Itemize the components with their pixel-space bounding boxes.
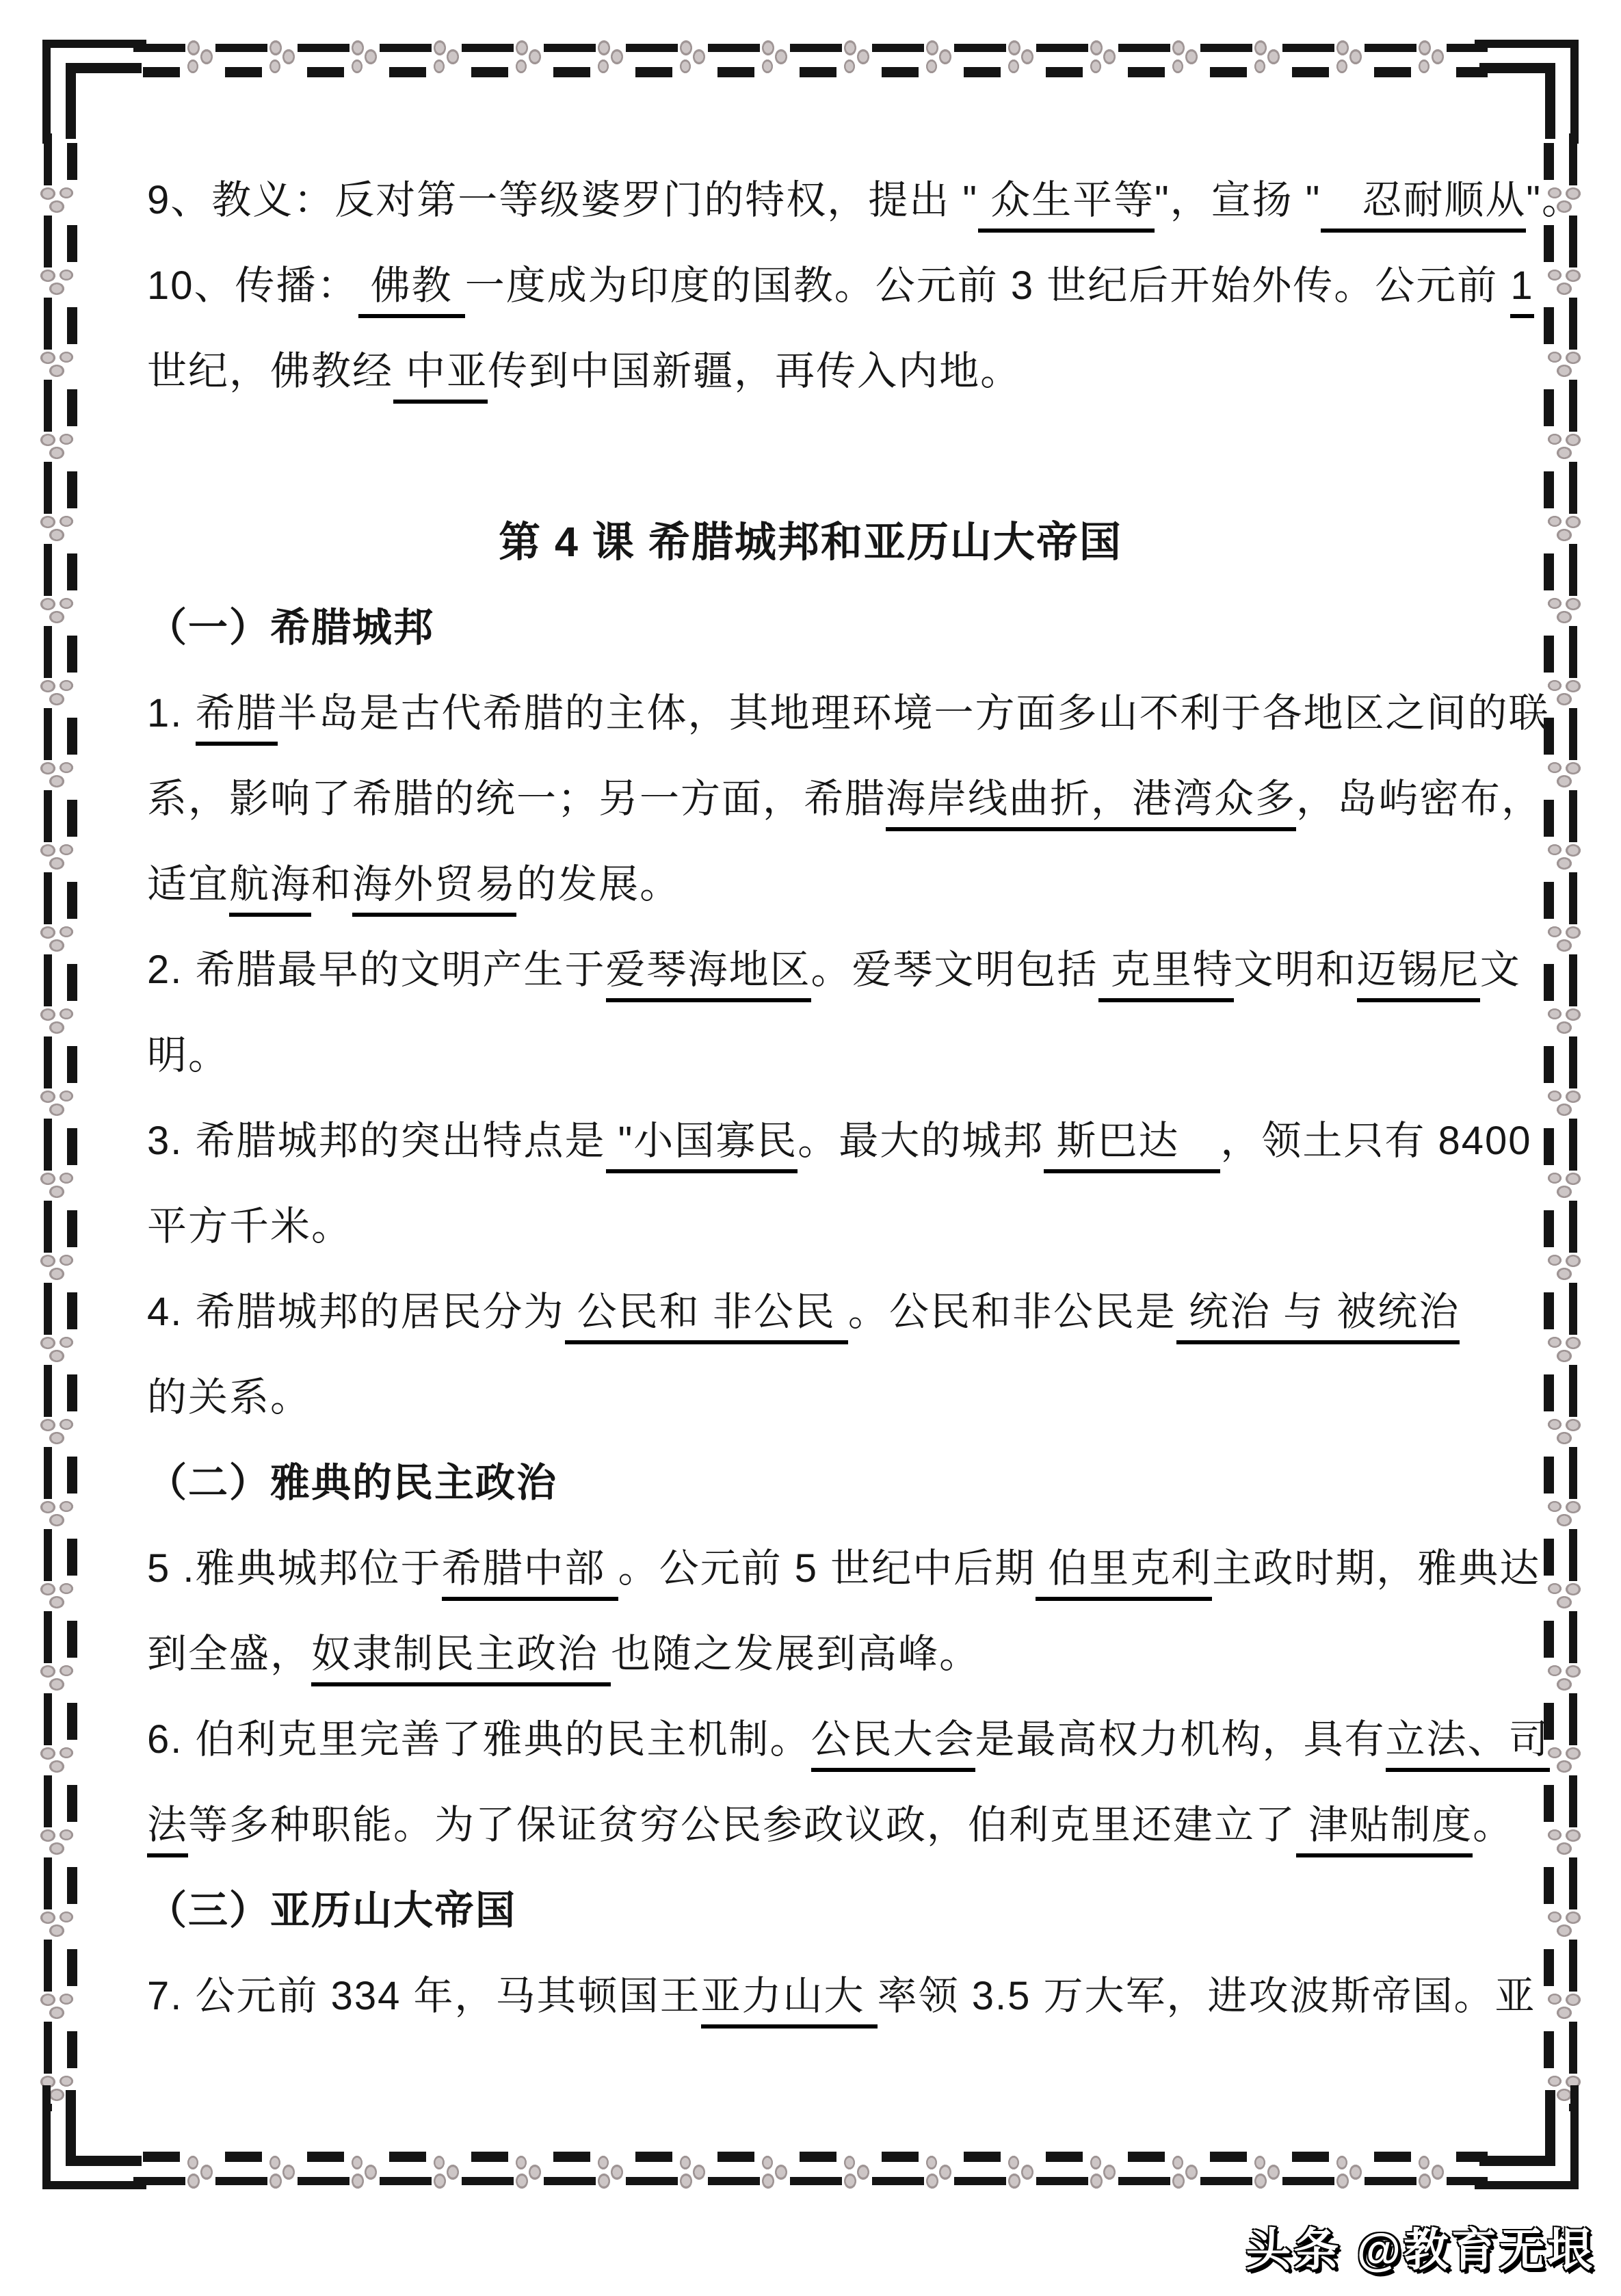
text-segment: ，领土只有 8400 [1220,1119,1531,1163]
document-line: 5 .雅典城邦位于希腊中部 。公元前 5 世纪中后期 伯里克利主政时期，雅典达 [147,1526,1474,1611]
underlined-answer: 海外贸易 [352,862,516,917]
text-segment: 。公元前 5 世纪中后期 [618,1546,1036,1591]
border-corner-bottom-left-inner [66,2090,142,2166]
border-corner-bottom-right-inner [1479,2090,1555,2166]
border-bottom [133,2147,1488,2189]
document-line: 6. 伯利克里完善了雅典的民主机制。公民大会是最高权力机构，具有立法、司 [147,1697,1474,1782]
section-heading: （一）希腊城邦 [147,585,1474,670]
text-segment: "。 [1526,178,1583,222]
border-corner-top-left-inner [66,63,142,139]
border-corner-top-right [1475,40,1579,144]
text-segment: 。爱琴文明包括 [811,948,1098,992]
document-line: 4. 希腊城邦的居民分为 公民和 非公民 。公民和非公民是 统治 与 被统治 [147,1269,1474,1355]
text-segment: 。 [1473,1803,1514,1847]
underlined-answer: 希腊中部 [442,1546,618,1601]
text-segment: 第 4 课 希腊城邦和亚历山大帝国 [499,519,1122,565]
document-line: 适宜航海和海外贸易的发展。 [147,842,1474,927]
text-segment: （二）雅典的民主政治 [147,1461,557,1505]
text-segment: 文明和 [1234,948,1357,992]
text-segment: 系，影响了希腊的统一；另一方面，希腊 [147,777,886,821]
text-segment: 平方千米。 [147,1204,352,1249]
underlined-answer: 立法、司 [1386,1717,1550,1772]
underlined-answer: 津贴制度 [1296,1803,1473,1857]
underlined-answer: 公民大会 [811,1717,975,1772]
document-line: 到全盛，奴隶制民主政治 也随之发展到高峰。 [147,1611,1474,1697]
border-corner-top-left [42,40,146,144]
text-segment: 主政时期，雅典达 [1212,1546,1540,1591]
text-segment: 2. 希腊最早的文明产生于 [147,948,606,992]
text-segment: 传到中国新疆，再传入内地。 [488,349,1021,393]
underlined-answer: 伯里克利 [1036,1546,1212,1601]
document-line: 10、传播： 佛教 一度成为印度的国教。公元前 3 世纪后开始外传。公元前 1 [147,243,1474,328]
document-line: 平方千米。 [147,1184,1474,1269]
document-line: 3. 希腊城邦的突出特点是 "小国寡民。最大的城邦 斯巴达 ，领土只有 8400 [147,1098,1474,1184]
text-segment: 。最大的城邦 [798,1119,1044,1163]
text-segment: 的关系。 [147,1375,311,1420]
text-segment: 文 [1480,948,1521,992]
underlined-answer: 爱琴海地区 [606,948,811,1002]
border-left [40,133,82,2111]
blank-line [147,414,1474,499]
text-segment: 7. 公元前 334 年，马其顿国王 [147,1974,701,2018]
text-segment: 是最高权力机构，具有 [975,1717,1386,1762]
text-segment: "，宣扬 " [1155,178,1321,222]
underlined-answer: 奴隶制民主政治 [311,1632,611,1686]
document-line: 明。 [147,1013,1474,1098]
underlined-answer: 海岸线曲折，港湾众多 [886,777,1296,831]
underlined-answer: 公民和 非公民 [565,1290,848,1344]
section-heading: （二）雅典的民主政治 [147,1440,1474,1526]
underlined-answer: 克里特 [1098,948,1234,1002]
text-segment: （三）亚历山大帝国 [147,1888,516,1933]
underlined-answer: 斯巴达 [1044,1119,1220,1173]
border-right [1539,133,1581,2111]
underlined-answer: 忍耐顺从 [1321,178,1526,233]
document-page: 9、教义：反对第一等级婆罗门的特权，提出 " 众生平等"，宣扬 " 忍耐顺从"。… [0,0,1621,2296]
text-segment: 3. 希腊城邦的突出特点是 [147,1119,606,1163]
underlined-answer: 希腊 [196,691,278,746]
underlined-answer: 统治 与 被统治 [1176,1290,1460,1344]
border-top [133,40,1488,82]
text-segment: 和 [311,862,352,906]
border-corner-bottom-right [1475,2085,1579,2189]
text-segment: 5 .雅典城邦位于 [147,1546,442,1591]
text-segment: 也随之发展到高峰。 [611,1632,980,1676]
document-body: 9、教义：反对第一等级婆罗门的特权，提出 " 众生平等"，宣扬 " 忍耐顺从"。… [147,157,1474,2039]
text-segment: 1. [147,691,196,735]
text-segment: 。公民和非公民是 [848,1290,1176,1334]
document-line: 法等多种职能。为了保证贫穷公民参政议政，伯利克里还建立了 津贴制度。 [147,1782,1474,1868]
text-segment: 明。 [147,1033,229,1078]
document-line: 1. 希腊半岛是古代希腊的主体，其地理环境一方面多山不利于各地区之间的联 [147,670,1474,756]
text-segment: （一）希腊城邦 [147,605,434,650]
underlined-answer: 佛教 [358,263,465,318]
text-segment: 率领 3.5 万大军，进攻波斯帝国。亚 [878,1974,1536,2018]
lesson-title: 第 4 课 希腊城邦和亚历山大帝国 [147,499,1474,585]
underlined-answer: 航海 [229,862,311,917]
text-segment: 6. 伯利克里完善了雅典的民主机制。 [147,1717,811,1762]
text-segment: 9、教义：反对第一等级婆罗门的特权，提出 " [147,178,978,222]
document-line: 7. 公元前 334 年，马其顿国王亚力山大 率领 3.5 万大军，进攻波斯帝国… [147,1953,1474,2039]
document-line: 2. 希腊最早的文明产生于爱琴海地区。爱琴文明包括 克里特文明和迈锡尼文 [147,927,1474,1013]
border-corner-top-right-inner [1479,63,1555,139]
text-segment: 的发展。 [516,862,681,906]
underlined-answer: 中亚 [393,349,488,404]
underlined-answer: 亚力山大 [701,1974,878,2028]
document-line: 的关系。 [147,1355,1474,1440]
text-segment: 一度成为印度的国教。公元前 3 世纪后开始外传。公元前 [465,263,1511,308]
underlined-answer: 迈锡尼 [1357,948,1480,1002]
underlined-answer: 1 [1510,263,1533,318]
document-line: 9、教义：反对第一等级婆罗门的特权，提出 " 众生平等"，宣扬 " 忍耐顺从"。 [147,157,1474,243]
text-segment: 10、传播： [147,263,358,308]
underlined-answer: 众生平等 [978,178,1155,233]
underlined-answer: "小国寡民 [606,1119,798,1173]
section-heading: （三）亚历山大帝国 [147,1868,1474,1953]
text-segment: ，岛屿密布， [1296,777,1542,821]
text-segment: 等多种职能。为了保证贫穷公民参政议政，伯利克里还建立了 [188,1803,1296,1847]
text-segment: 4. 希腊城邦的居民分为 [147,1290,565,1334]
text-segment: 世纪，佛教经 [147,349,393,393]
underlined-answer: 法 [147,1803,188,1857]
document-line: 系，影响了希腊的统一；另一方面，希腊海岸线曲折，港湾众多，岛屿密布， [147,756,1474,842]
text-segment: 半岛是古代希腊的主体，其地理环境一方面多山不利于各地区之间的联 [278,691,1550,735]
text-segment: 适宜 [147,862,229,906]
text-segment: 到全盛， [147,1632,311,1676]
watermark: 头条 @教育无垠 [1246,2213,1595,2278]
document-line: 世纪，佛教经 中亚传到中国新疆，再传入内地。 [147,328,1474,414]
border-corner-bottom-left [42,2085,146,2189]
